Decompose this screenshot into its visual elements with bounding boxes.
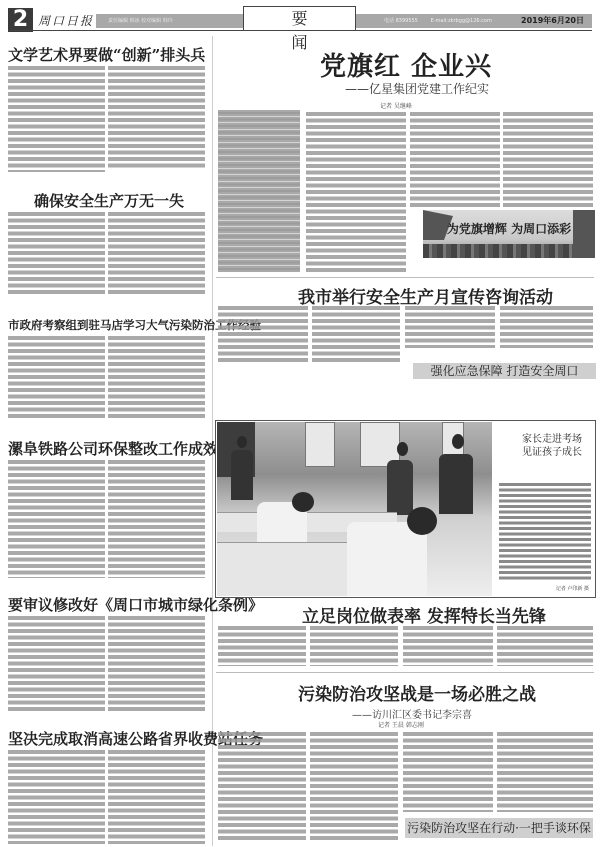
byline-pollution: 记者 王晨 韩志刚	[378, 720, 424, 729]
article-body	[8, 212, 105, 296]
article-body	[8, 66, 105, 172]
photo-credit: 记者 卢印新 摄	[556, 585, 589, 592]
headline-lit-art: 文学艺术界要做“创新”排头兵	[8, 44, 205, 65]
person-head	[397, 442, 408, 456]
article-body	[497, 732, 593, 812]
article-body	[306, 112, 406, 274]
article-body	[310, 732, 398, 842]
headline-party: 党旗红 企业兴	[320, 46, 492, 83]
article-body	[500, 306, 593, 348]
article-body	[405, 306, 495, 348]
article-body	[8, 336, 105, 420]
photo-title-line1: 家长走进考场	[512, 433, 592, 446]
person	[231, 450, 253, 500]
student-head	[407, 507, 437, 535]
article-body	[403, 732, 493, 812]
photo-feature: 家长走进考场 见证孩子成长 记者 卢印新 摄	[215, 420, 596, 598]
person	[439, 454, 473, 514]
party-banner-image: 为党旗增辉 为周口添彩	[423, 210, 595, 258]
article-body	[108, 750, 205, 844]
email: E-mail:zkrbgg@126.com	[431, 18, 492, 24]
page-number: 2	[8, 8, 33, 32]
paper-name: 周口日报	[38, 12, 94, 29]
article-body	[108, 66, 205, 168]
article-body	[108, 212, 205, 296]
article-body	[108, 460, 205, 578]
section-divider	[216, 672, 594, 673]
article-body	[497, 626, 593, 666]
headline-safety: 确保安全生产万无一失	[34, 190, 184, 211]
article-body	[218, 306, 308, 362]
article-body	[312, 306, 400, 362]
article-body	[503, 112, 593, 207]
article-body	[218, 112, 300, 274]
window	[305, 422, 335, 467]
headline-vanguard: 立足岗位做表率 发挥特长当先锋	[302, 602, 546, 627]
desk	[217, 542, 367, 596]
subheadline-pollution: ——访川汇区委书记李宗喜	[352, 706, 472, 721]
photo-caption	[499, 483, 591, 581]
article-body	[8, 750, 105, 844]
article-body	[310, 626, 398, 666]
editors-bar: 责任编辑 韩冰 校对编辑 韩玲	[96, 14, 243, 28]
article-body	[218, 626, 306, 666]
pollution-slogan-banner: 污染防治攻坚在行动·一把手谈环保	[405, 818, 593, 838]
masthead-rule	[8, 30, 592, 31]
article-body	[410, 112, 500, 207]
headline-safety-month: 我市举行安全生产月宣传咨询活动	[298, 283, 553, 308]
headline-pollution: 污染防治攻坚战是一场必胜之战	[298, 680, 536, 705]
city-skyline	[423, 244, 595, 258]
party-slogan: 为党旗增辉 为周口添彩	[423, 220, 595, 237]
contact-bar: 电话 8399555 E-mail:zkrbgg@126.com 2019年6月…	[356, 14, 592, 28]
issue-date: 2019年6月20日	[521, 14, 584, 28]
article-body	[108, 616, 205, 711]
byline-party: 记者 吴继峰	[380, 101, 412, 110]
section-divider	[216, 277, 594, 278]
article-body	[8, 460, 105, 578]
article-body	[403, 626, 493, 666]
article-body	[218, 732, 306, 842]
phone: 电话 8399555	[384, 18, 418, 24]
photo-title-line2: 见证孩子成长	[512, 446, 592, 459]
subheadline-party: ——亿星集团党建工作纪实	[345, 80, 489, 97]
person-head	[452, 434, 464, 449]
section-title: 要闻	[243, 6, 356, 30]
soldier-figure	[573, 210, 595, 258]
headline-railway: 漯阜铁路公司环保整改工作成效明显	[8, 438, 248, 459]
masthead: 2 周口日报 责任编辑 韩冰 校对编辑 韩玲 要闻 电话 8399555 E-m…	[0, 0, 600, 36]
photo-title: 家长走进考场 见证孩子成长	[512, 433, 592, 459]
person	[387, 460, 413, 515]
safety-slogan-banner: 强化应急保障 打造安全周口	[413, 363, 596, 379]
article-body	[108, 336, 205, 420]
classroom-photo	[217, 422, 492, 596]
article-body	[8, 616, 105, 711]
person-head	[237, 436, 247, 448]
student-head	[292, 492, 314, 512]
